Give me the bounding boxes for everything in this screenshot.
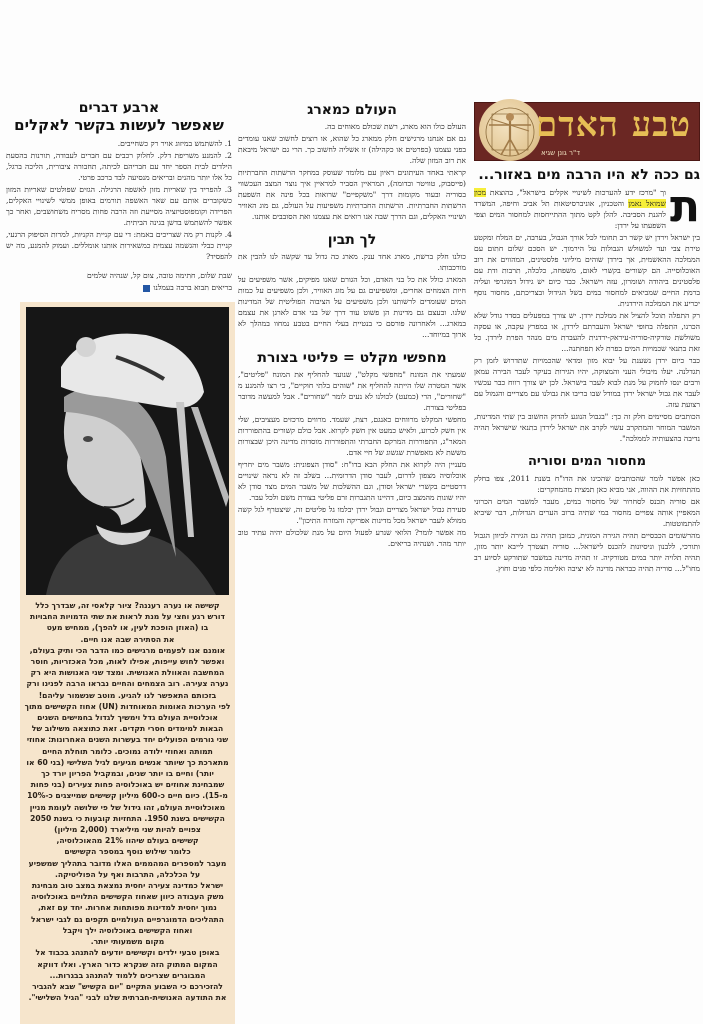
paragraph: שמעתי את המונח "מחפשי מקלט", שנועד להחלי… [238,369,466,413]
paragraph: כאן אפשר לומר שהכותבים שהכינו את הדו"ח ב… [474,473,700,495]
caption-line: יותר) וחיים בו יותר שנים, ובמקביל הפריון… [22,768,233,779]
paragraph: קראתי באחד העיתונים ראיון עם מלומד שעוסק… [238,167,466,222]
paragraph: מה אפשר לומר? הלואי שנרע לפעול היום על מ… [238,527,466,549]
caption-line: בו (האוזן הופכת לעין, או להפך), ממחיש מע… [22,622,233,633]
vitruvian-man-icon [479,99,541,161]
caption-line: נערה צעירה. רוב הצמחים והחיים נבראו הרבה… [22,678,233,689]
paragraph: מהרשומים הכבסיים תהיה הגירה המונית, כמוב… [474,530,700,574]
paragraph: סעירת גבול ישראל מצריים וגבול ירדן יבלמו… [238,504,466,526]
list-item: 4. לקנות רק מה שצריכים באמת: די עם קניית… [6,229,232,262]
paragraph: מחפשי המקלט מרווחים כאנגם, רצת, שעמד. מר… [238,414,466,458]
sidebar-subheading: שאפשר לעשות בקשר לאקלים [6,116,232,134]
caption-line: לפי הערכות האומות המאוחדות (UN) אחוז הקש… [22,701,233,712]
list-item: 3. להפריד בין שאריות מזון לאשפה הרגילה. … [6,184,232,228]
paragraph: כבר כיום ירדן נשענת על יבוא מזון ומדאי ש… [474,355,700,410]
caption-line: אומנם אנו לפעמים מרגישים כמו הדבר הכי ות… [22,645,233,656]
caption-line: הבאות למימדים חסרי תקדים. זאת כתוצאה משי… [22,723,233,734]
paragraph: העולם כולו הוא מארג, רשת שכולם מאוחים בה… [238,121,466,132]
newspaper-page: טבע האדם ד"ר גונן שגיא גם ככה לא היו הרב… [0,92,703,1024]
caption-line: ישראל כמדינה צעירה יחסית נמצאת במצב טוב … [22,880,233,891]
caption-line: אוכלוסיית העולם גדל וימשיך לגדול בחמישים… [22,712,233,723]
caption-line: צפויים להיות שני מיליארד (2,000 מיליון) [22,824,233,835]
paragraph: רק התפלה תוכל להציל את ממלכת ירדן. יש צו… [474,310,700,354]
signoff-line2: בריאים תבוא ברכה בעמלנו [6,282,232,293]
paragraph: המארג כולל את כל בני האדם, וכל הגורם שאנ… [238,274,466,340]
caption-line: שני גורמים הפועלים יחד בעשרות השנים האחר… [22,734,233,745]
caption-line: באופן טבעי ילדים וקשישים יודעים להתנהג ב… [22,947,233,958]
caption-line: את התודעה האנושית-חברתית שלנו לבני "הגיל… [22,992,233,1003]
caption-line: תמותה ואחוזי ילודה נמוכים. כלומר תוחלת ה… [22,746,233,757]
caption-line: מאוכלוסיית העולם, זהו גידול של פי שלושה … [22,802,233,813]
end-square-icon [143,285,150,292]
section-heading: העולם כמארג [238,102,466,118]
optical-illusion-image [26,307,229,595]
caption-line: על הכלכלה, התרבות ואף על הפוליטיקה. [22,869,233,880]
caption-line: נמוך יחסית למדינות מפותחות אחרות. יחד עם… [22,902,233,913]
paragraph: כולנו חלק ברשת, מארג אחד ענק. מארג כה גד… [238,251,466,273]
caption-line: מקום משמעותי יותר. [22,936,233,947]
signoff: שבת שלום, חתימה טובה, צום קל, שנהיה שלמי… [6,270,232,281]
caption-line: המחשבה והאוולת האנושית. ומצד שני האנושות… [22,667,233,678]
caption-line: כלומר שילוש נוסף במספר הקשישים [22,846,233,857]
caption-line: המבוגרים שצריכים ללמוד להתנהג בבגרות... [22,970,233,981]
article-headline: גם ככה לא היו הרבה מים באזור... [474,167,700,183]
caption-line: ואחוז הקשישים באוכלוסיה ילך ויקבל [22,925,233,936]
left-column: ארבע דברים שאפשר לעשות בקשר לאקלים 1. לה… [6,100,232,316]
section-heading: מחסור המים וסוריה [474,454,700,469]
intro-paragraph: ת וך "מרכז ידע להערכות לשינויי אקלים ביש… [474,187,700,231]
caption-line: את הסתירה שבה אנו חיים. [22,634,233,645]
paragraph: גם אם אנחנו מרגישים חלק ממארג כל שהוא, א… [238,133,466,166]
image-caption: קשישה או נערה רעננה? ציור קלאסי זה, שבדר… [22,600,233,1003]
section-heading: מחפשי מקלט = פליטי בצורת [238,350,466,366]
caption-line: קשישה או נערה רעננה? ציור קלאסי זה, שבדר… [22,600,233,611]
signoff-text: בריאים תבוא ברכה בעמלנו [153,283,232,292]
section-heading: לך תבין [238,232,466,248]
caption-line: קשישים בעולם שיהוו 21% מהאוכלוסיה, [22,835,233,846]
caption-line: דורש רגע וחצי על מנת לראות את שתי הדמויו… [22,611,233,622]
masthead-byline: ד"ר גונן שגיא [541,149,580,157]
list-item: 2. להמנע משריפת דלק. לחלוק רכבים עם חברי… [6,150,232,183]
caption-line: התהליכים הדמוגרפיים העולמיים תקפים גם לג… [22,914,233,925]
masthead: טבע האדם ד"ר גונן שגיא [474,102,700,161]
caption-line: משק העבודה כיוון שאחוז הקשישים התלויים ב… [22,891,233,902]
middle-column: העולם כמארג העולם כולו הוא מארג, רשת שכו… [238,102,466,550]
list-item: 1. להשתמש במיזוג אויר רק כשחייבים. [6,138,232,149]
right-column: טבע האדם ד"ר גונן שגיא גם ככה לא היו הרב… [474,102,700,575]
intro-text: וך "מרכז ידע להערכות לשינויי אקלים בישרא… [490,188,666,197]
caption-line: המקום המתוק הזה שנקרא כדור הארץ. ואלו דו… [22,959,233,970]
caption-line: הקשישים בשנת 1950. התחזיות קובעות כי בשנ… [22,813,233,824]
caption-line: מעבר למספרים המהממים האלו מדובר בתהליך ש… [22,858,233,869]
drop-cap: ת [670,187,700,227]
paragraph: מעניין היה לקרוא את החלק הבא בדו"ח: "סוד… [238,459,466,503]
paragraph: בין ישראל וירדן יש קשר רב תחומי לכל אורך… [474,232,700,309]
masthead-title: טבע האדם [536,105,691,145]
sidebar-heading: ארבע דברים [6,100,232,116]
paragraph: אם סוריה תכנס לסחרור של מחסור במים, מעבר… [474,496,700,529]
caption-line: להזכירכם כי השבוע התקיים "יום הקשיש" שבא… [22,981,233,992]
caption-line: מ-15). כיום חיים כ-600 מיליון קשישים שמי… [22,790,233,801]
caption-line: ואפשר לחוש עייפות, אפילו לאות, מכל האכזר… [22,656,233,667]
caption-line: מתארכת כך שיותר אנשים מגיעים לגיל השלישי… [22,757,233,768]
paragraph: הכותבים מסיימים חלק זה כך: "בגבול הנוגע … [474,411,700,444]
caption-line: בזכותם התאפשר לנו להגיע. מוטב שנשמור עלי… [22,690,233,701]
caption-line: שמבחינת אחוזים יש באוכלוסיה פחות צעירים … [22,779,233,790]
